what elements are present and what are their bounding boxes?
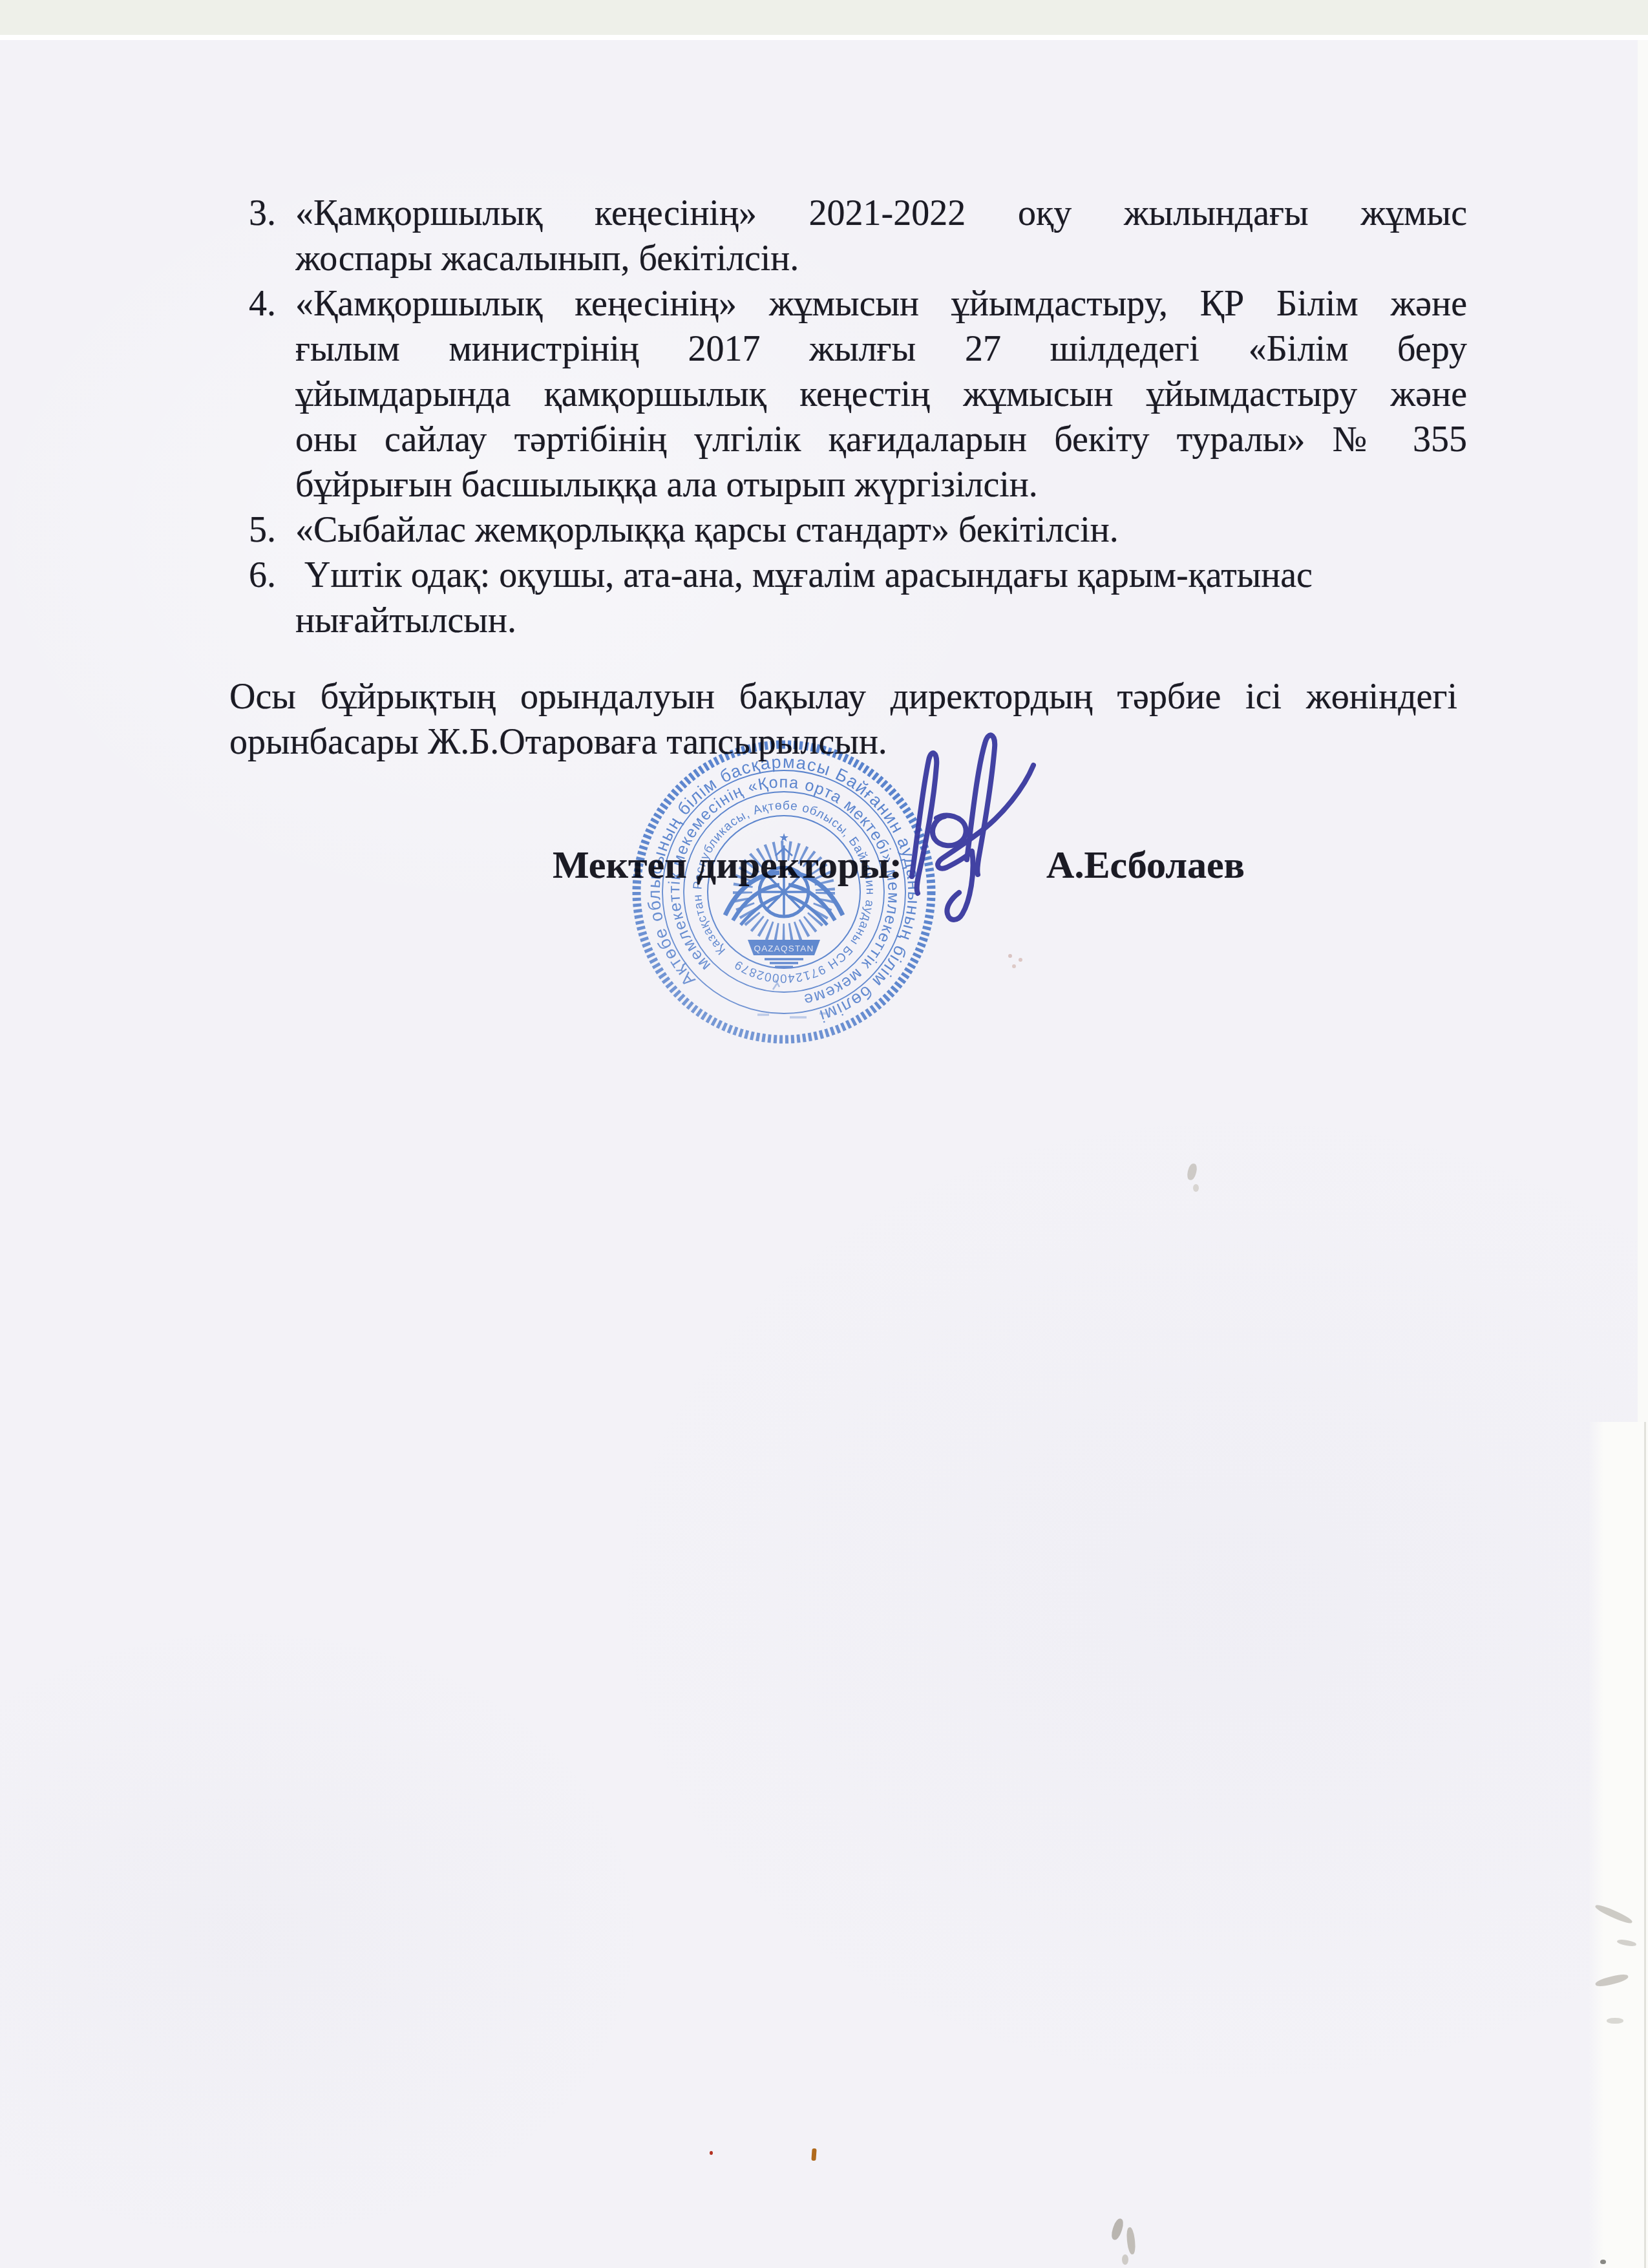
list-item-lines: «Сыбайлас жемқорлыққа қарсы стандарт» бе… [295,507,1467,553]
dark-speck-artifact [1600,2260,1606,2264]
banner-tassels [765,959,803,967]
text-line: «Қамқоршылық кеңесінің» 2021-2022 оқу жы… [295,191,1467,236]
text-line: оны сайлау тәртібінің үлгілік қағидалары… [295,417,1467,462]
text-line: бұйрығын басшылыққа ала отырып жүргізілс… [295,462,1467,507]
text-line: «Қамқоршылық кеңесінің» жұмысын ұйымдаст… [295,281,1467,326]
list-item: 3. «Қамқоршылық кеңесінің» 2021-2022 оқу… [249,191,1467,281]
faint-dots-artifact [1008,954,1012,958]
list-item: 4. «Қамқоршылық кеңесінің» жұмысын ұйымд… [249,281,1467,507]
text-line: ұйымдарында қамқоршылық кеңестің жұмысын… [295,372,1467,417]
scanner-right-edge-line [1644,1422,1646,2268]
signature-stroke-small-loop [933,816,966,846]
star-icon: ★ [779,831,789,844]
text-line: ғылым министрінің 2017 жылғы 27 шілдедег… [295,326,1467,372]
round-stamp: Ақтөбе облысының білім басқармасы Байған… [637,745,931,1039]
list-item-lines: «Қамқоршылық кеңесінің» жұмысын ұйымдаст… [295,281,1467,507]
list-item: 6. Үштік одақ: оқушы, ата-ана, мұғалім а… [249,553,1467,643]
list-item-lines: Үштік одақ: оқушы, ата-ана, мұғалім арас… [295,553,1467,643]
signatory-name: А.Есболаев [1046,843,1245,886]
list-item: 5. «Сыбайлас жемқорлыққа қарсы стандарт»… [249,507,1467,553]
text-line: нығайтылсын. [295,598,1467,643]
paper-top-edge [0,35,1648,40]
scanner-background-band [0,0,1648,36]
banner-caption: QAZAQSTAN [754,944,814,953]
list-item-number: 6. [249,553,276,598]
coat-of-arms: ★ QAZAQSTAN [725,831,843,967]
scanned-page: 3. «Қамқоршылық кеңесінің» 2021-2022 оқу… [0,0,1648,2268]
signature-stroke-sweep-descender [938,765,1033,920]
smudge-artifact [1122,2254,1128,2265]
scanner-right-strip-thin [1638,40,1648,1423]
text-line: «Сыбайлас жемқорлыққа қарсы стандарт» бе… [295,507,1467,553]
list-item-number: 4. [249,281,276,326]
text-line: жоспары жасалынып, бекітілсін. [295,236,1467,281]
orange-speck-artifact [811,2148,816,2161]
stamp-and-signature: Ақтөбе облысының білім басқармасы Байған… [614,723,1066,1175]
list-item-number: 5. [249,507,276,553]
red-speck-artifact [710,2151,713,2155]
text-line: Осы бұйрықтың орындалуын бақылау директо… [229,674,1457,719]
edge-smudge-artifact [1607,2018,1623,2024]
text-line: Үштік одақ: оқушы, ата-ана, мұғалім арас… [295,553,1467,598]
ordered-list: 3. «Қамқоршылық кеңесінің» 2021-2022 оқу… [249,191,1467,643]
list-item-lines: «Қамқоршылық кеңесінің» 2021-2022 оқу жы… [295,191,1467,281]
scanner-right-strip-wide [1589,1422,1648,2268]
smudge-artifact [1193,1184,1199,1192]
list-item-number: 3. [249,191,276,236]
